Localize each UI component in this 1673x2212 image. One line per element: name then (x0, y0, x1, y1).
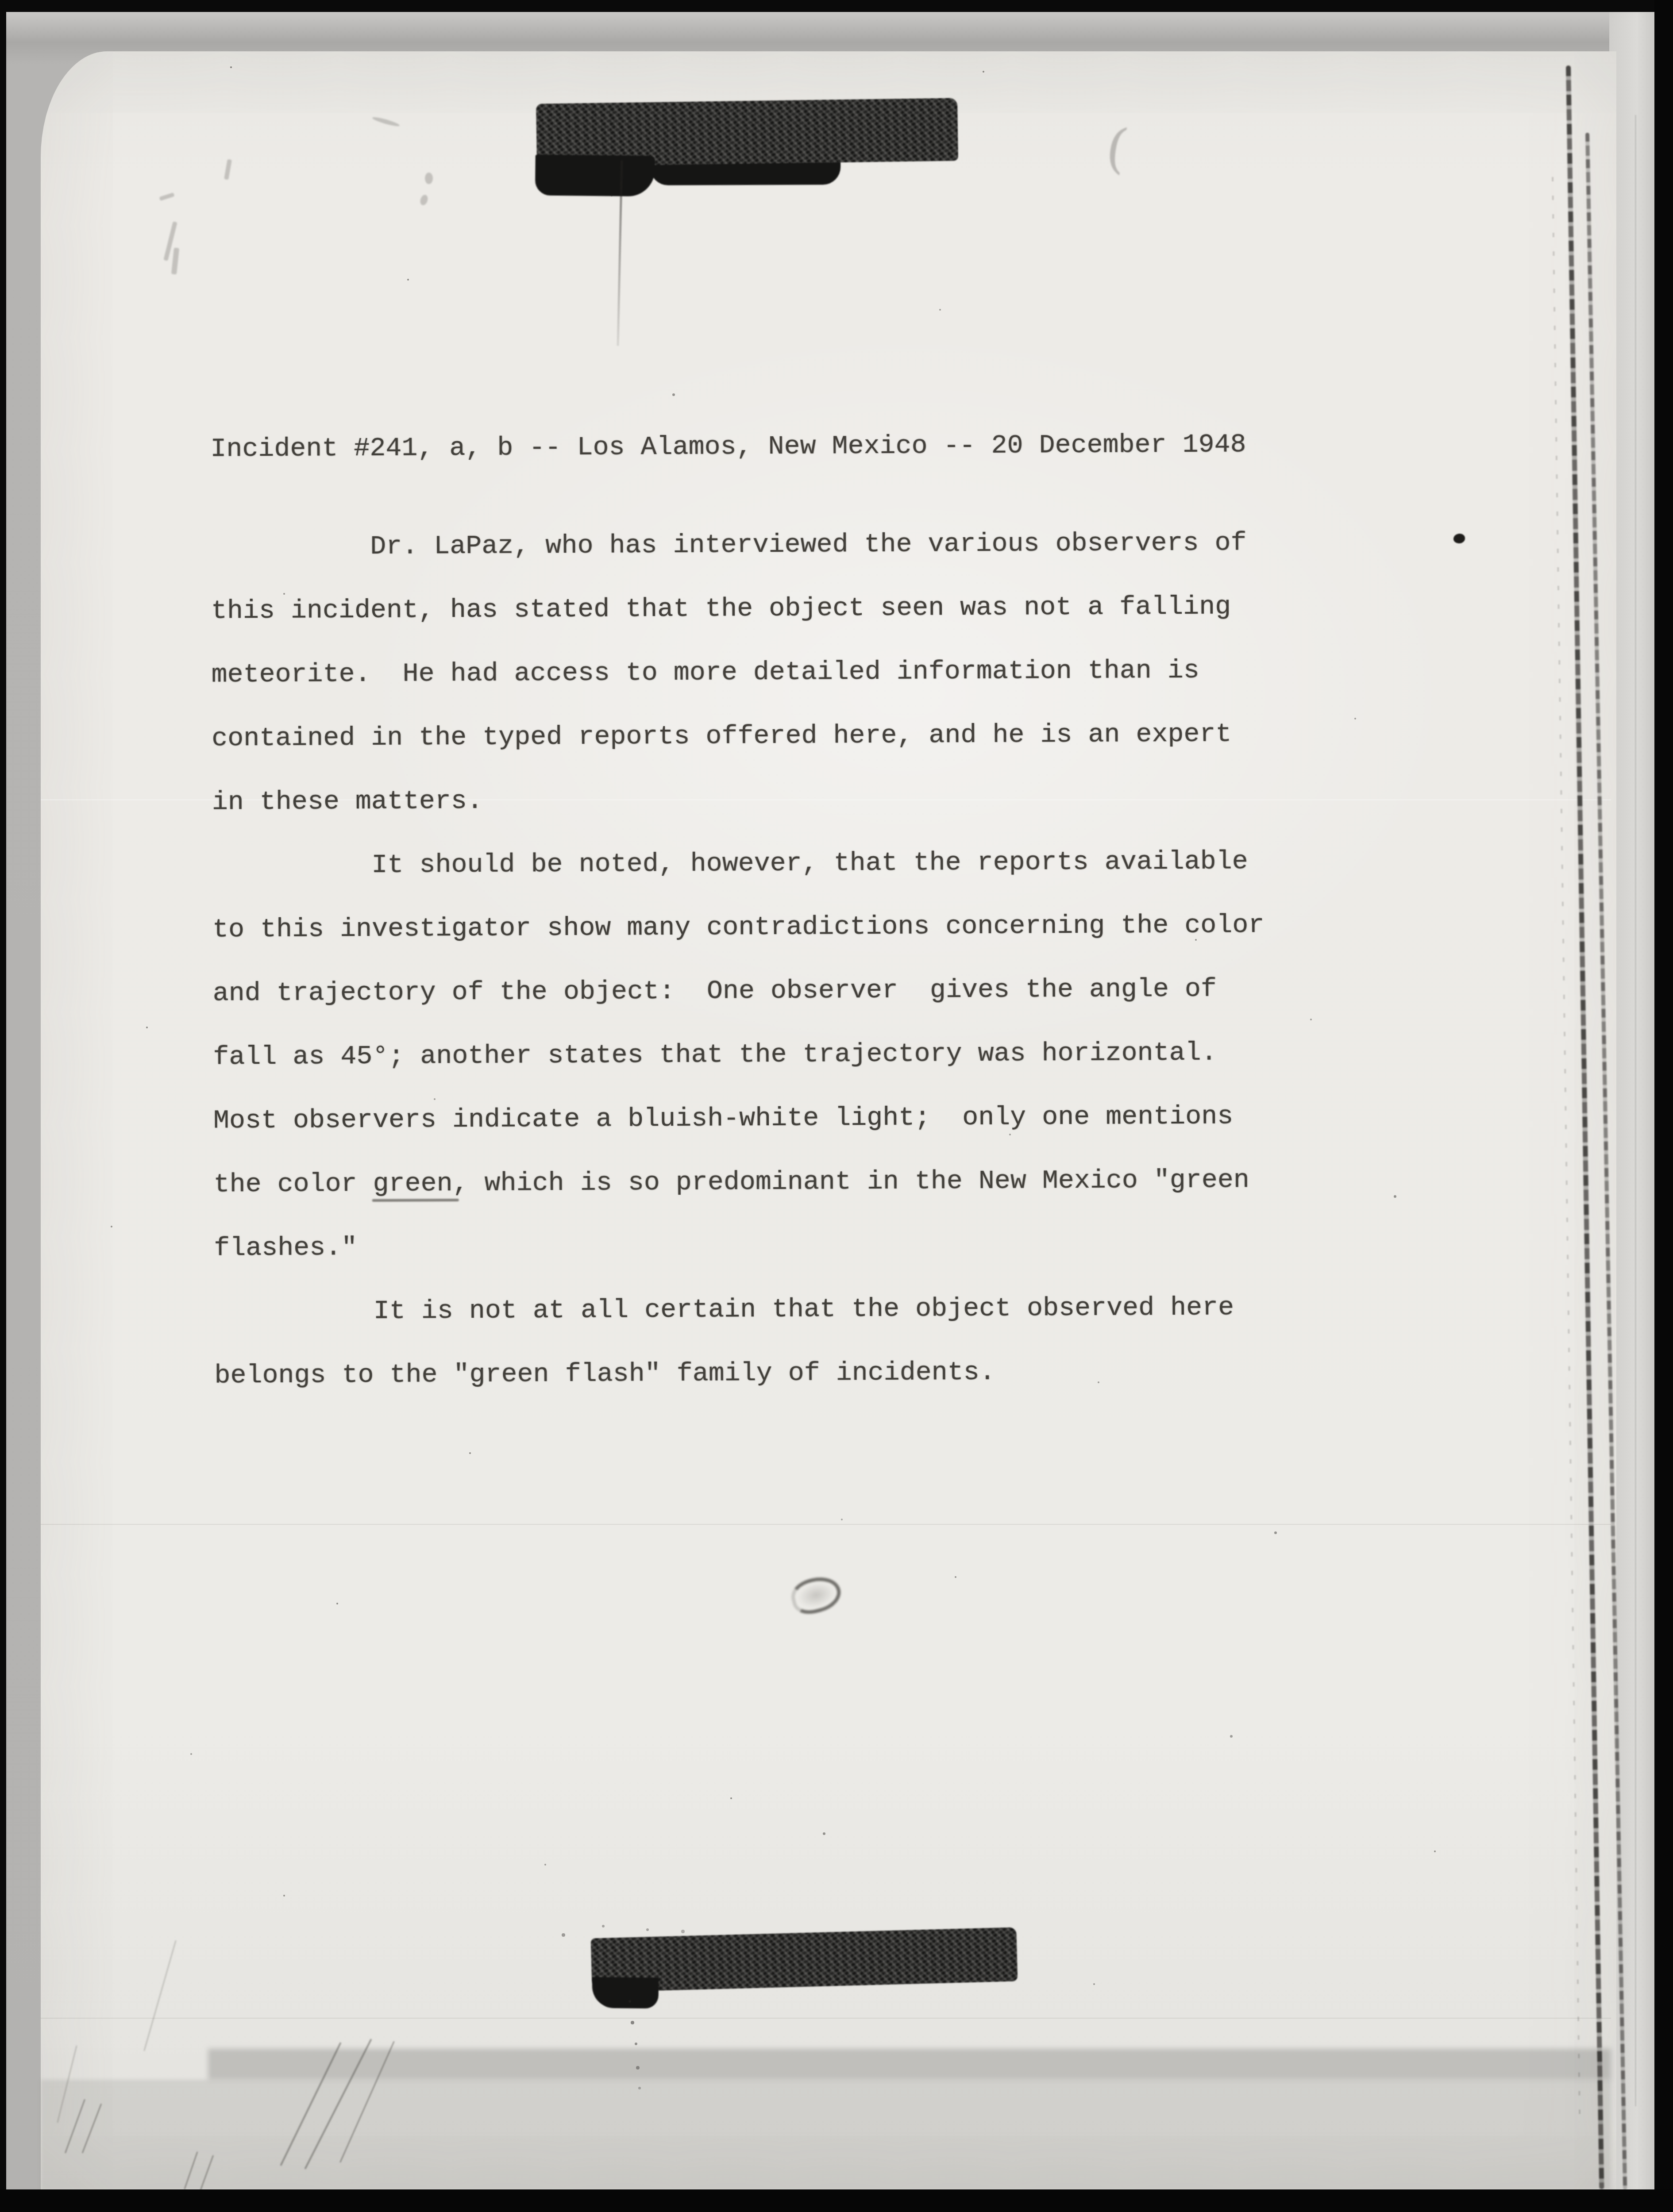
text-line: meteorite. He had access to more detaile… (211, 639, 1327, 707)
scan-streak (41, 2018, 1611, 2019)
text-line: in these matters. (212, 766, 1328, 835)
bottom-shadow-band-2 (41, 2080, 1611, 2190)
text-line: to this investigator show many contradic… (212, 893, 1328, 962)
scanned-document-page: { "page": { "type": "scanned-typewritten… (0, 0, 1673, 2212)
incident-header-line: Incident #241, a, b -- Los Alamos, New M… (210, 431, 1326, 464)
text-line: flashes." (214, 1212, 1330, 1280)
text-line: the color green, which is so predominant… (213, 1148, 1329, 1216)
bottom-shadow-band (208, 2049, 1611, 2080)
dust-speckles (230, 66, 232, 68)
tape-texture (591, 1927, 1018, 1992)
right-faint-line (1635, 115, 1636, 2106)
text-line: belongs to the "green flash" family of i… (214, 1339, 1330, 1408)
green-underline-mark (372, 1199, 459, 1202)
bottom-tape-bar (591, 1927, 1018, 1992)
text-line: It is not at all certain that the object… (214, 1275, 1330, 1344)
pencil-doodle (97, 124, 496, 310)
scan-frame-left (0, 0, 6, 2212)
tape-texture (536, 98, 958, 166)
text-line: Most observers indicate a bluish-white l… (213, 1084, 1329, 1153)
text-line: Dr. LaPaz, who has interviewed the vario… (211, 511, 1326, 580)
scan-frame-right (1654, 0, 1673, 2212)
text-line: and trajectory of the object: One observ… (212, 957, 1328, 1026)
text-line: this incident, has stated that the objec… (211, 575, 1327, 643)
body-paragraphs: Dr. LaPaz, who has interviewed the vario… (211, 511, 1330, 1408)
scan-streak (41, 1524, 1611, 1525)
ink-dot (1453, 534, 1465, 543)
top-tape-bar (536, 98, 958, 166)
scan-frame-top (0, 0, 1673, 12)
text-line: It should be noted, however, that the re… (212, 830, 1328, 898)
text-line: fall as 45°; another states that the tra… (213, 1021, 1329, 1089)
scan-frame-bottom (0, 2189, 1673, 2212)
typed-text-block: Incident #241, a, b -- Los Alamos, New M… (210, 431, 1330, 1408)
tape-ink-spots (628, 2000, 631, 2003)
text-line: contained in the typed reports offered h… (212, 702, 1327, 771)
